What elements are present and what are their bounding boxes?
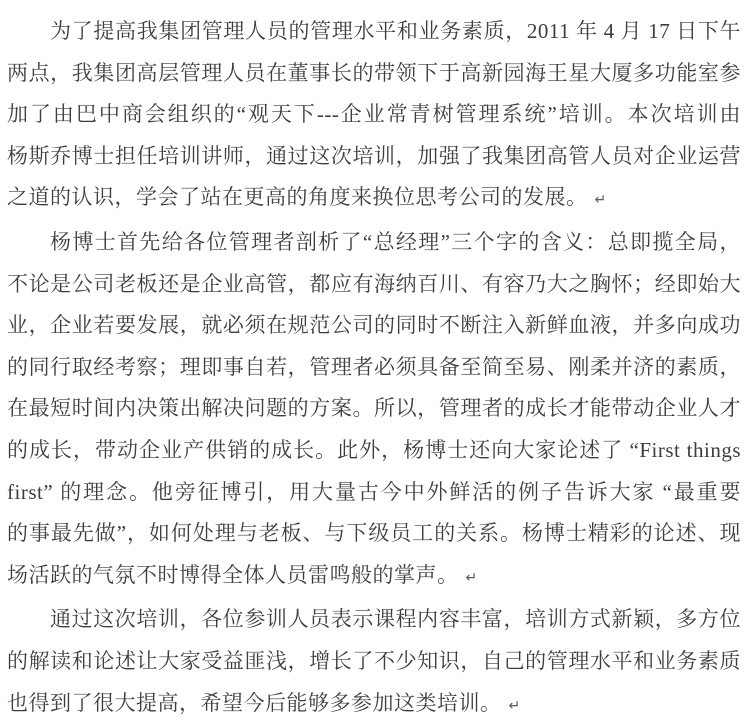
- text-line: 的成长，带动企业产供销的成长。此外，杨博士还向大家论述了 “First thin…: [7, 430, 741, 472]
- document-body: 为了提高我集团管理人员的管理水平和业务素质，2011 年 4 月 17 日下午两…: [7, 11, 741, 724]
- text-line: 杨斯乔博士担任培训讲师，通过这次培训，加强了我集团高管人员对企业运营: [7, 136, 741, 178]
- text-line: 的同行取经考察；理即事自若，管理者必须具备至简至易、刚柔并济的素质，: [7, 347, 741, 389]
- paragraph-mark-icon: ↵: [595, 192, 607, 208]
- paragraph: 杨博士首先给各位管理者剖析了“总经理”三个字的含义：总即揽全局，不论是公司老板还…: [7, 222, 741, 599]
- text-line: 杨博士首先给各位管理者剖析了“总经理”三个字的含义：总即揽全局，: [7, 222, 741, 264]
- text-line: 加了由巴中商会组织的“观天下---企业常青树管理系统”培训。本次培训由: [7, 94, 741, 136]
- paragraph-mark-icon: ↵: [466, 570, 478, 586]
- paragraph-mark-icon: ↵: [509, 698, 521, 714]
- document-page[interactable]: ↵ 为了提高我集团管理人员的管理水平和业务素质，2011 年 4 月 17 日下…: [0, 0, 750, 724]
- text-line: first” 的理念。他旁征博引，用大量古今中外鲜活的例子告诉大家 “最重要: [7, 472, 741, 514]
- text-line: 的事最先做”，如何处理与老板、与下级员工的关系。杨博士精彩的论述、现: [7, 513, 741, 555]
- text-line: 之道的认识，学会了站在更高的角度来换位思考公司的发展。↵: [7, 177, 741, 222]
- text-line: 也得到了很大提高，希望今后能够多参加这类培训。↵: [7, 683, 741, 724]
- cutoff-paragraph-mark-icon: ↵: [126, 0, 138, 4]
- paragraph: 为了提高我集团管理人员的管理水平和业务素质，2011 年 4 月 17 日下午两…: [7, 11, 741, 222]
- text-line: 不论是公司老板还是企业高管，都应有海纳百川、有容乃大之胸怀；经即始大: [7, 264, 741, 306]
- text-line: 的解读和论述让大家受益匪浅，增长了不少知识，自己的管理水平和业务素质: [7, 641, 741, 683]
- text-line: 在最短时间内决策出解决问题的方案。所以，管理者的成长才能带动企业人才: [7, 388, 741, 430]
- paragraph: 通过这次培训，各位参训人员表示课程内容丰富，培训方式新颖，多方位的解读和论述让大…: [7, 599, 741, 724]
- text-line: 业，企业若要发展，就必须在规范公司的同时不断注入新鲜血液，并多向成功: [7, 305, 741, 347]
- text-line: 场活跃的气氛不时博得全体人员雷鸣般的掌声。↵: [7, 555, 741, 600]
- text-line: 通过这次培训，各位参训人员表示课程内容丰富，培训方式新颖，多方位: [7, 599, 741, 641]
- text-line: 两点，我集团高层管理人员在董事长的带领下于高新园海王星大厦多功能室参: [7, 53, 741, 95]
- text-line: 为了提高我集团管理人员的管理水平和业务素质，2011 年 4 月 17 日下午: [7, 11, 741, 53]
